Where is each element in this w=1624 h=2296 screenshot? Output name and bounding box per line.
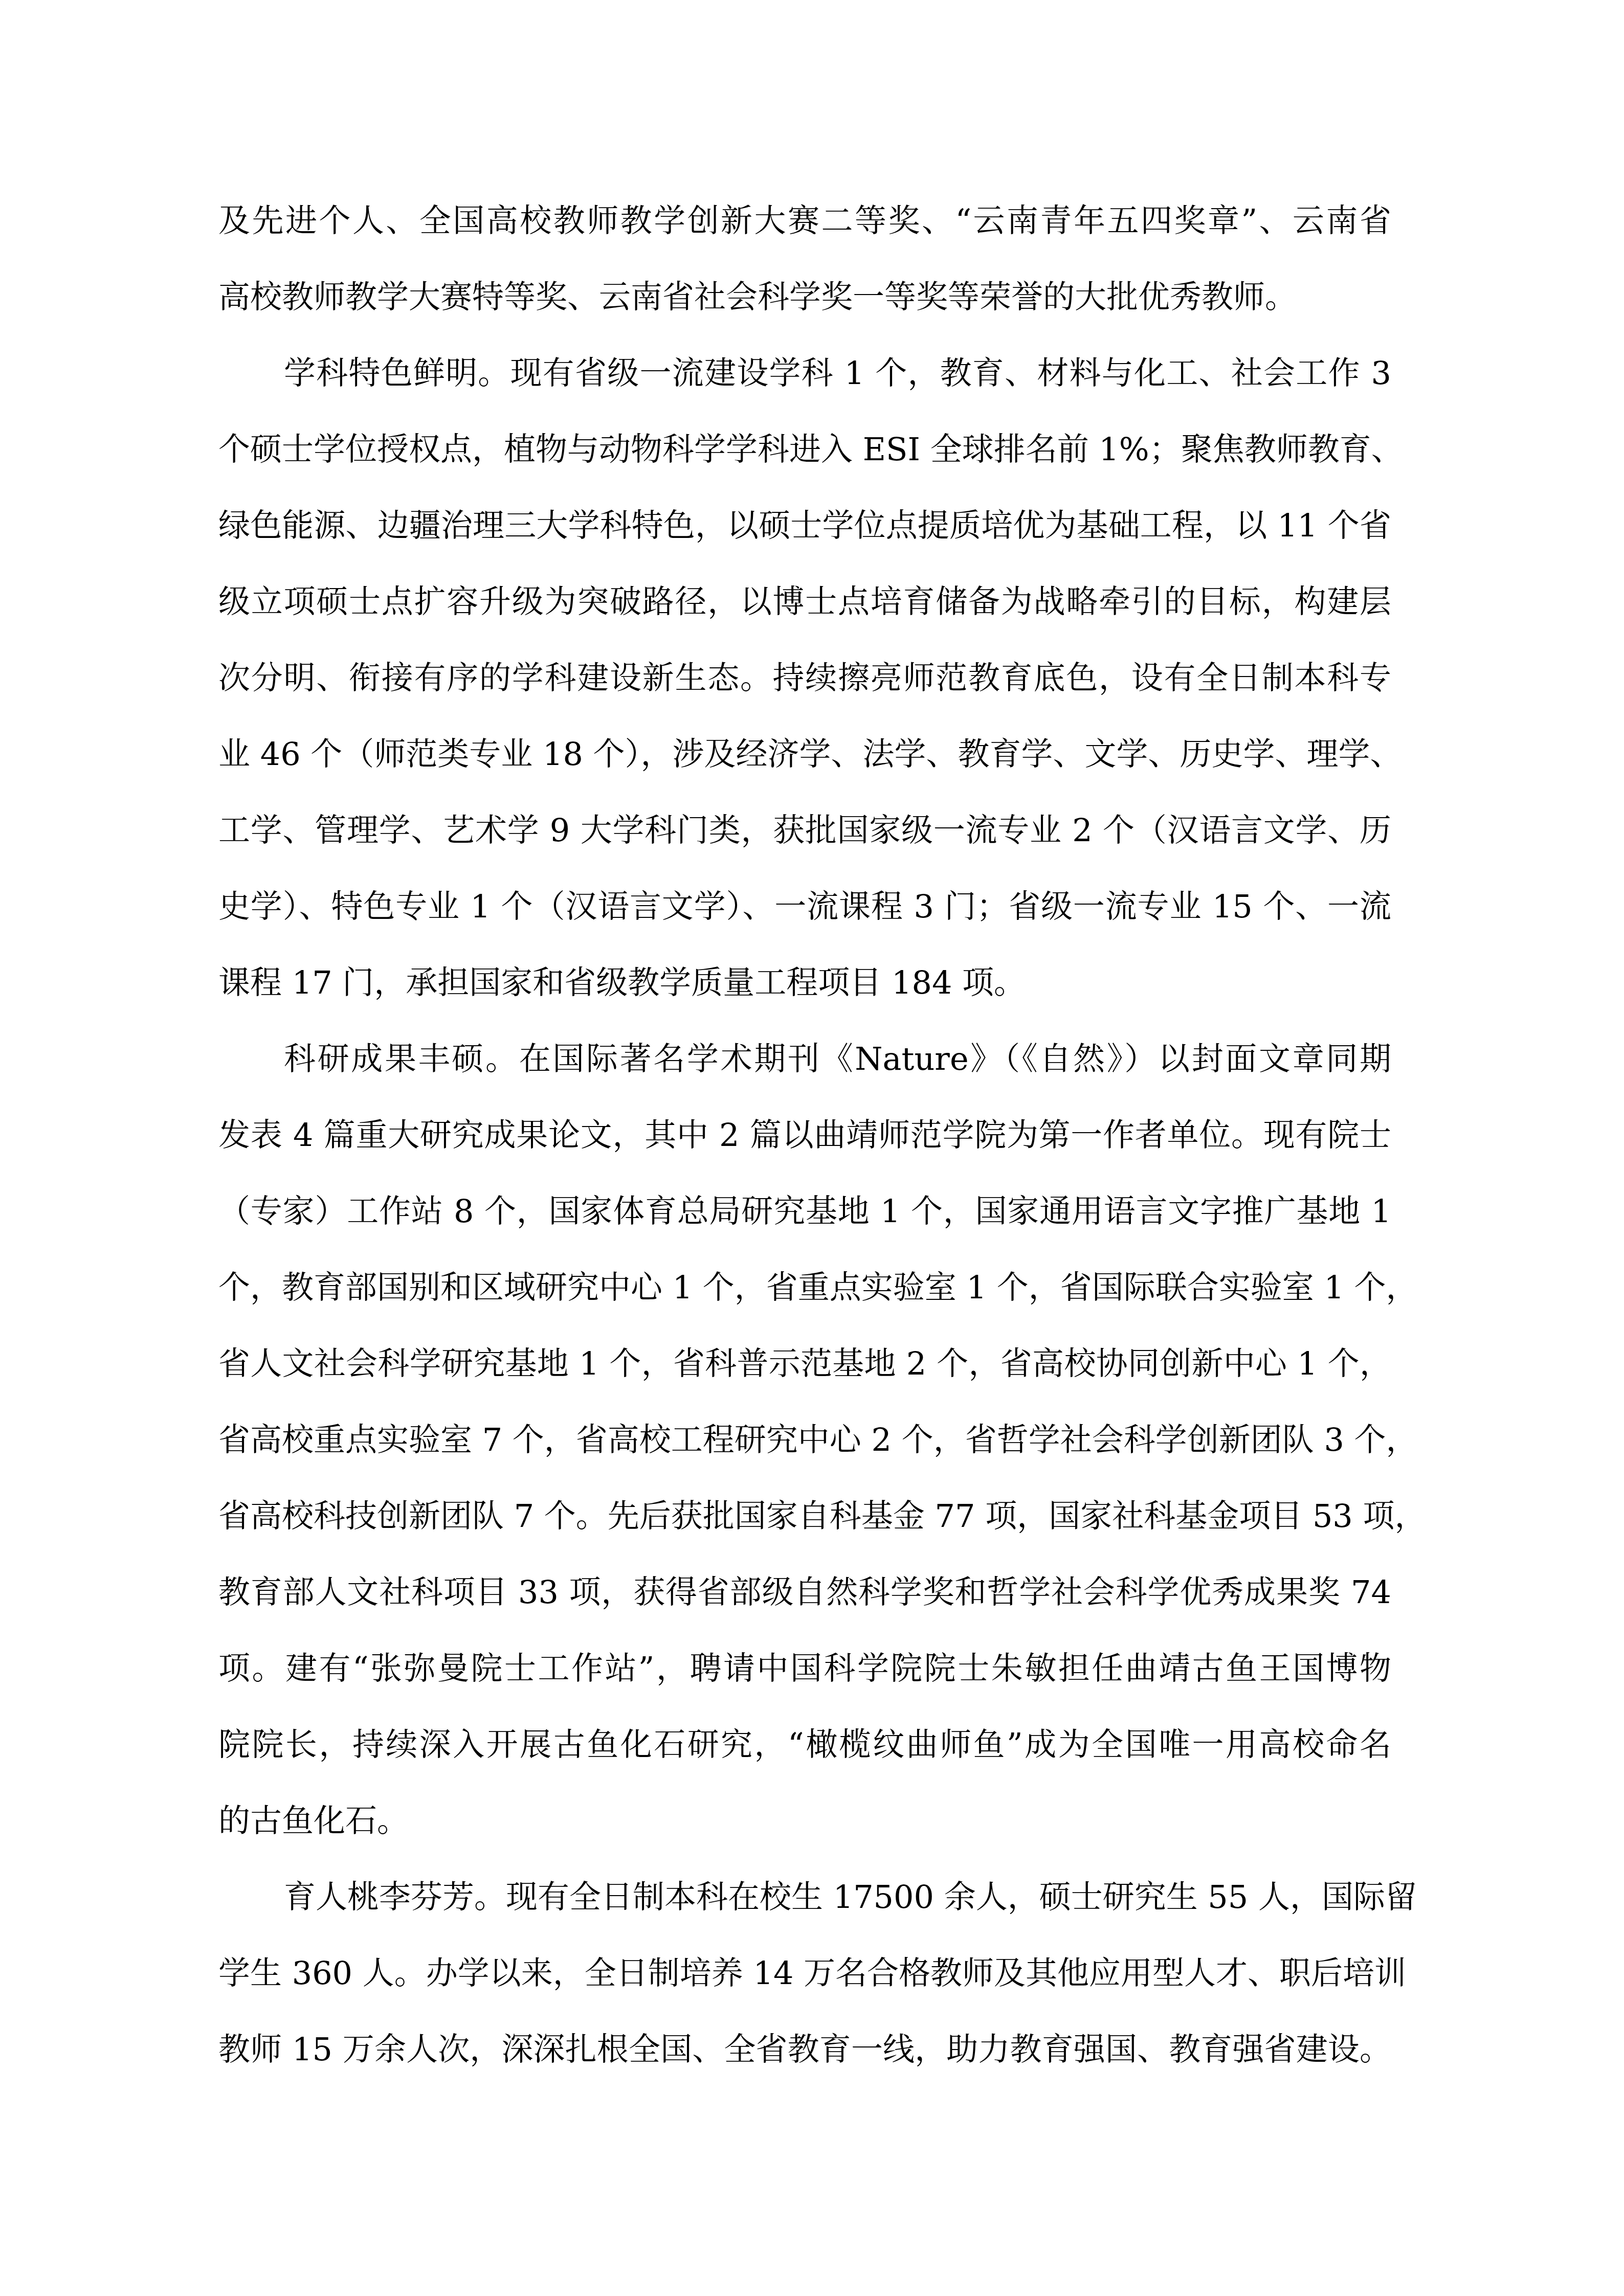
- text-line: 个硕士学位授权点，植物与动物科学学科进入 ESI 全球排名前 1%；聚焦教师教育…: [218, 411, 1391, 487]
- text-line: 次分明、衔接有序的学科建设新生态。持续擦亮师范教育底色，设有全日制本科专: [218, 640, 1391, 716]
- text-line: 院院长，持续深入开展古鱼化石研究，“橄榄纹曲师鱼”成为全国唯一用高校命名: [218, 1706, 1391, 1783]
- text-line: 省高校科技创新团队 7 个。先后获批国家自科基金 77 项，国家社科基金项目 5…: [218, 1478, 1391, 1554]
- text-line: 发表 4 篇重大研究成果论文，其中 2 篇以曲靖师范学院为第一作者单位。现有院士: [218, 1097, 1391, 1173]
- text-line: 高校教师教学大赛特等奖、云南省社会科学奖一等奖等荣誉的大批优秀教师。: [218, 259, 1391, 335]
- text-line: 项。建有“张弥曼院士工作站”，聘请中国科学院院士朱敏担任曲靖古鱼王国博物: [218, 1630, 1391, 1706]
- text-line: 工学、管理学、艺术学 9 大学科门类，获批国家级一流专业 2 个（汉语言文学、历: [218, 792, 1391, 868]
- paragraph-research-achievements: 科研成果丰硕。在国际著名学术期刊《Nature》（《自然》）以封面文章同期 发表…: [218, 1021, 1391, 1859]
- text-line: 学科特色鲜明。现有省级一流建设学科 1 个，教育、材料与化工、社会工作 3: [218, 335, 1391, 411]
- text-line: 史学）、特色专业 1 个（汉语言文学）、一流课程 3 门；省级一流专业 15 个…: [218, 868, 1391, 944]
- text-line: 教师 15 万余人次，深深扎根全国、全省教育一线，助力教育强国、教育强省建设。: [218, 2011, 1391, 2087]
- text-line: 级立项硕士点扩容升级为突破路径，以博士点培育储备为战略牵引的目标，构建层: [218, 564, 1391, 640]
- text-line: 教育部人文社科项目 33 项，获得省部级自然科学奖和哲学社会科学优秀成果奖 74: [218, 1554, 1391, 1630]
- paragraph-discipline-features: 学科特色鲜明。现有省级一流建设学科 1 个，教育、材料与化工、社会工作 3 个硕…: [218, 335, 1391, 1021]
- text-line: 省人文社会科学研究基地 1 个，省科普示范基地 2 个，省高校协同创新中心 1 …: [218, 1325, 1391, 1402]
- text-line: 绿色能源、边疆治理三大学科特色，以硕士学位点提质培优为基础工程，以 11 个省: [218, 487, 1391, 564]
- paragraph-talent-cultivation: 育人桃李芬芳。现有全日制本科在校生 17500 余人，硕士研究生 55 人，国际…: [218, 1859, 1391, 2087]
- text-line: 科研成果丰硕。在国际著名学术期刊《Nature》（《自然》）以封面文章同期: [218, 1021, 1391, 1097]
- text-line: 个，教育部国别和区域研究中心 1 个，省重点实验室 1 个，省国际联合实验室 1…: [218, 1249, 1391, 1325]
- document-body: 及先进个人、全国高校教师教学创新大赛二等奖、“云南青年五四奖章”、云南省 高校教…: [218, 183, 1391, 2087]
- text-line: 及先进个人、全国高校教师教学创新大赛二等奖、“云南青年五四奖章”、云南省: [218, 183, 1391, 259]
- paragraph-honors-continuation: 及先进个人、全国高校教师教学创新大赛二等奖、“云南青年五四奖章”、云南省 高校教…: [218, 183, 1391, 335]
- text-line: 省高校重点实验室 7 个，省高校工程研究中心 2 个，省哲学社会科学创新团队 3…: [218, 1402, 1391, 1478]
- text-line: 的古鱼化石。: [218, 1783, 1391, 1859]
- text-line: 学生 360 人。办学以来，全日制培养 14 万名合格教师及其他应用型人才、职后…: [218, 1935, 1391, 2011]
- text-line: 课程 17 门，承担国家和省级教学质量工程项目 184 项。: [218, 944, 1391, 1021]
- text-line: 育人桃李芬芳。现有全日制本科在校生 17500 余人，硕士研究生 55 人，国际…: [218, 1859, 1391, 1935]
- document-page: 及先进个人、全国高校教师教学创新大赛二等奖、“云南青年五四奖章”、云南省 高校教…: [0, 0, 1624, 2296]
- text-line: （专家）工作站 8 个，国家体育总局研究基地 1 个，国家通用语言文字推广基地 …: [218, 1173, 1391, 1249]
- text-line: 业 46 个（师范类专业 18 个），涉及经济学、法学、教育学、文学、历史学、理…: [218, 716, 1391, 792]
